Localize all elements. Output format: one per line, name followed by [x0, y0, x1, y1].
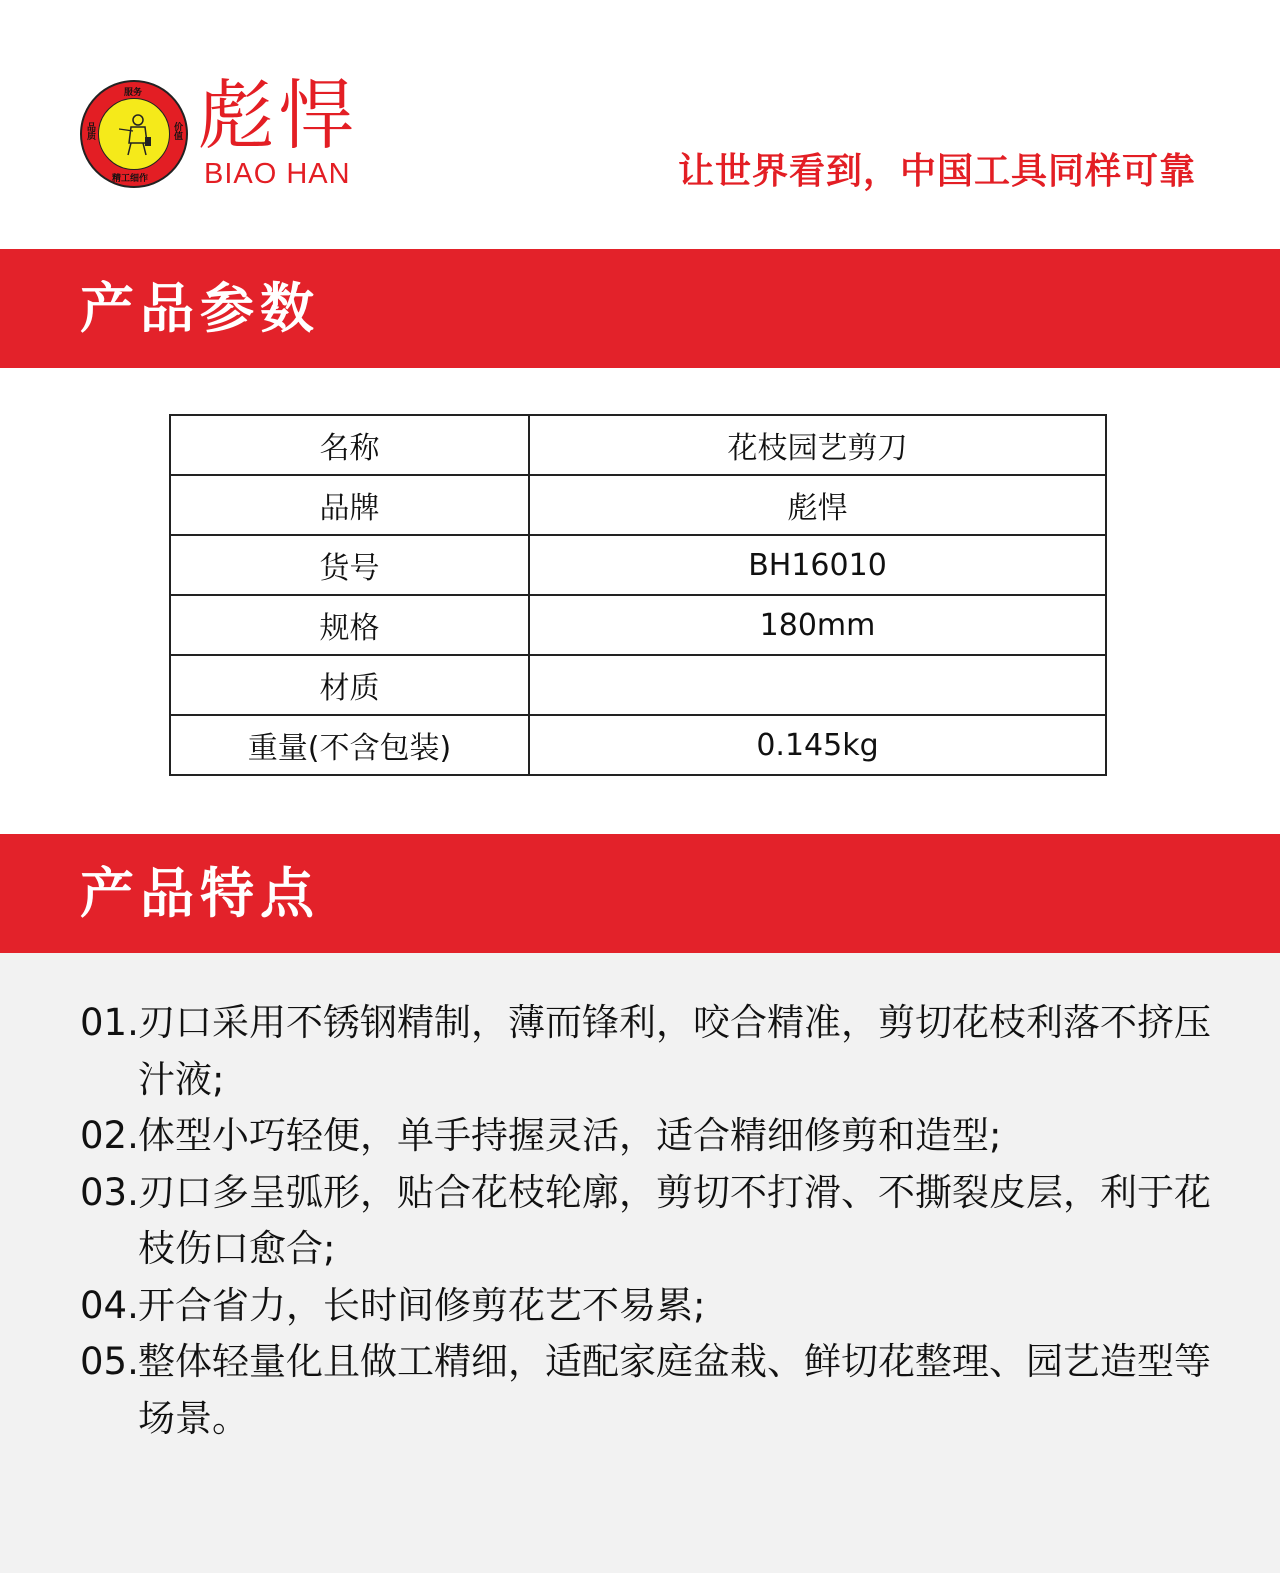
feature-number: 05. — [80, 1334, 138, 1447]
spec-key: 重量(不含包装) — [170, 715, 529, 775]
spec-key: 材质 — [170, 655, 529, 715]
features-section: 01. 刃口采用不锈钢精制，薄而锋利，咬合精准，剪切花枝利落不挤压汁液; 02.… — [0, 953, 1280, 1573]
slogan: 让世界看到，中国工具同样可靠 — [678, 150, 1196, 194]
logo-ring-top: 服务 — [124, 85, 142, 98]
list-item: 04. 开合省力，长时间修剪花艺不易累; — [80, 1278, 1220, 1335]
spec-value — [529, 655, 1106, 715]
feature-text: 刃口采用不锈钢精制，薄而锋利，咬合精准，剪切花枝利落不挤压汁液; — [138, 995, 1220, 1108]
spec-key: 规格 — [170, 595, 529, 655]
feature-text: 开合省力，长时间修剪花艺不易累; — [138, 1278, 1220, 1335]
params-section: 名称 花枝园艺剪刀 品牌 彪悍 货号 BH16010 规格 180mm 材质 重… — [0, 368, 1280, 834]
table-row: 规格 180mm — [170, 595, 1106, 655]
table-row: 材质 — [170, 655, 1106, 715]
brand-logo-icon: 服务 品质 价值 精工细作 — [80, 80, 188, 188]
spec-value: 花枝园艺剪刀 — [529, 415, 1106, 475]
feature-text: 体型小巧轻便，单手持握灵活，适合精细修剪和造型; — [138, 1108, 1220, 1165]
spec-value: 180mm — [529, 595, 1106, 655]
spec-key: 品牌 — [170, 475, 529, 535]
features-section-header: 产品特点 — [0, 834, 1280, 953]
header: 服务 品质 价值 精工细作 彪悍 BIAO HAN 让世界看到，中国工具同样可靠 — [0, 0, 1280, 249]
table-row: 品牌 彪悍 — [170, 475, 1106, 535]
table-row: 重量(不含包装) 0.145kg — [170, 715, 1106, 775]
spec-value: 0.145kg — [529, 715, 1106, 775]
list-item: 02. 体型小巧轻便，单手持握灵活，适合精细修剪和造型; — [80, 1108, 1220, 1165]
logo-ring-right: 价值 — [171, 122, 184, 140]
table-row: 货号 BH16010 — [170, 535, 1106, 595]
list-item: 05. 整体轻量化且做工精细，适配家庭盆栽、鲜切花整理、园艺造型等场景。 — [80, 1334, 1220, 1447]
feature-number: 01. — [80, 995, 138, 1108]
feature-text: 整体轻量化且做工精细，适配家庭盆栽、鲜切花整理、园艺造型等场景。 — [138, 1334, 1220, 1447]
feature-number: 04. — [80, 1278, 138, 1335]
logo-center — [98, 98, 170, 170]
params-section-header: 产品参数 — [0, 249, 1280, 368]
list-item: 01. 刃口采用不锈钢精制，薄而锋利，咬合精准，剪切花枝利落不挤压汁液; — [80, 995, 1220, 1108]
logo-ring-left: 品质 — [84, 122, 97, 140]
brand-name-en: BIAO HAN — [204, 158, 351, 190]
feature-number: 03. — [80, 1165, 138, 1278]
spec-table: 名称 花枝园艺剪刀 品牌 彪悍 货号 BH16010 规格 180mm 材质 重… — [169, 414, 1107, 776]
brand-name-cn: 彪悍 — [198, 76, 358, 156]
features-section-title: 产品特点 — [80, 862, 320, 926]
spec-value: BH16010 — [529, 535, 1106, 595]
spec-value: 彪悍 — [529, 475, 1106, 535]
spec-key: 货号 — [170, 535, 529, 595]
list-item: 03. 刃口多呈弧形，贴合花枝轮廓，剪切不打滑、不撕裂皮层，利于花枝伤口愈合; — [80, 1165, 1220, 1278]
params-section-title: 产品参数 — [80, 277, 320, 341]
spec-key: 名称 — [170, 415, 529, 475]
feature-text: 刃口多呈弧形，贴合花枝轮廓，剪切不打滑、不撕裂皮层，利于花枝伤口愈合; — [138, 1165, 1220, 1278]
worker-figure-icon — [119, 113, 153, 157]
table-row: 名称 花枝园艺剪刀 — [170, 415, 1106, 475]
feature-number: 02. — [80, 1108, 138, 1165]
features-list: 01. 刃口采用不锈钢精制，薄而锋利，咬合精准，剪切花枝利落不挤压汁液; 02.… — [80, 995, 1220, 1447]
logo-ring-bottom: 精工细作 — [112, 171, 148, 184]
